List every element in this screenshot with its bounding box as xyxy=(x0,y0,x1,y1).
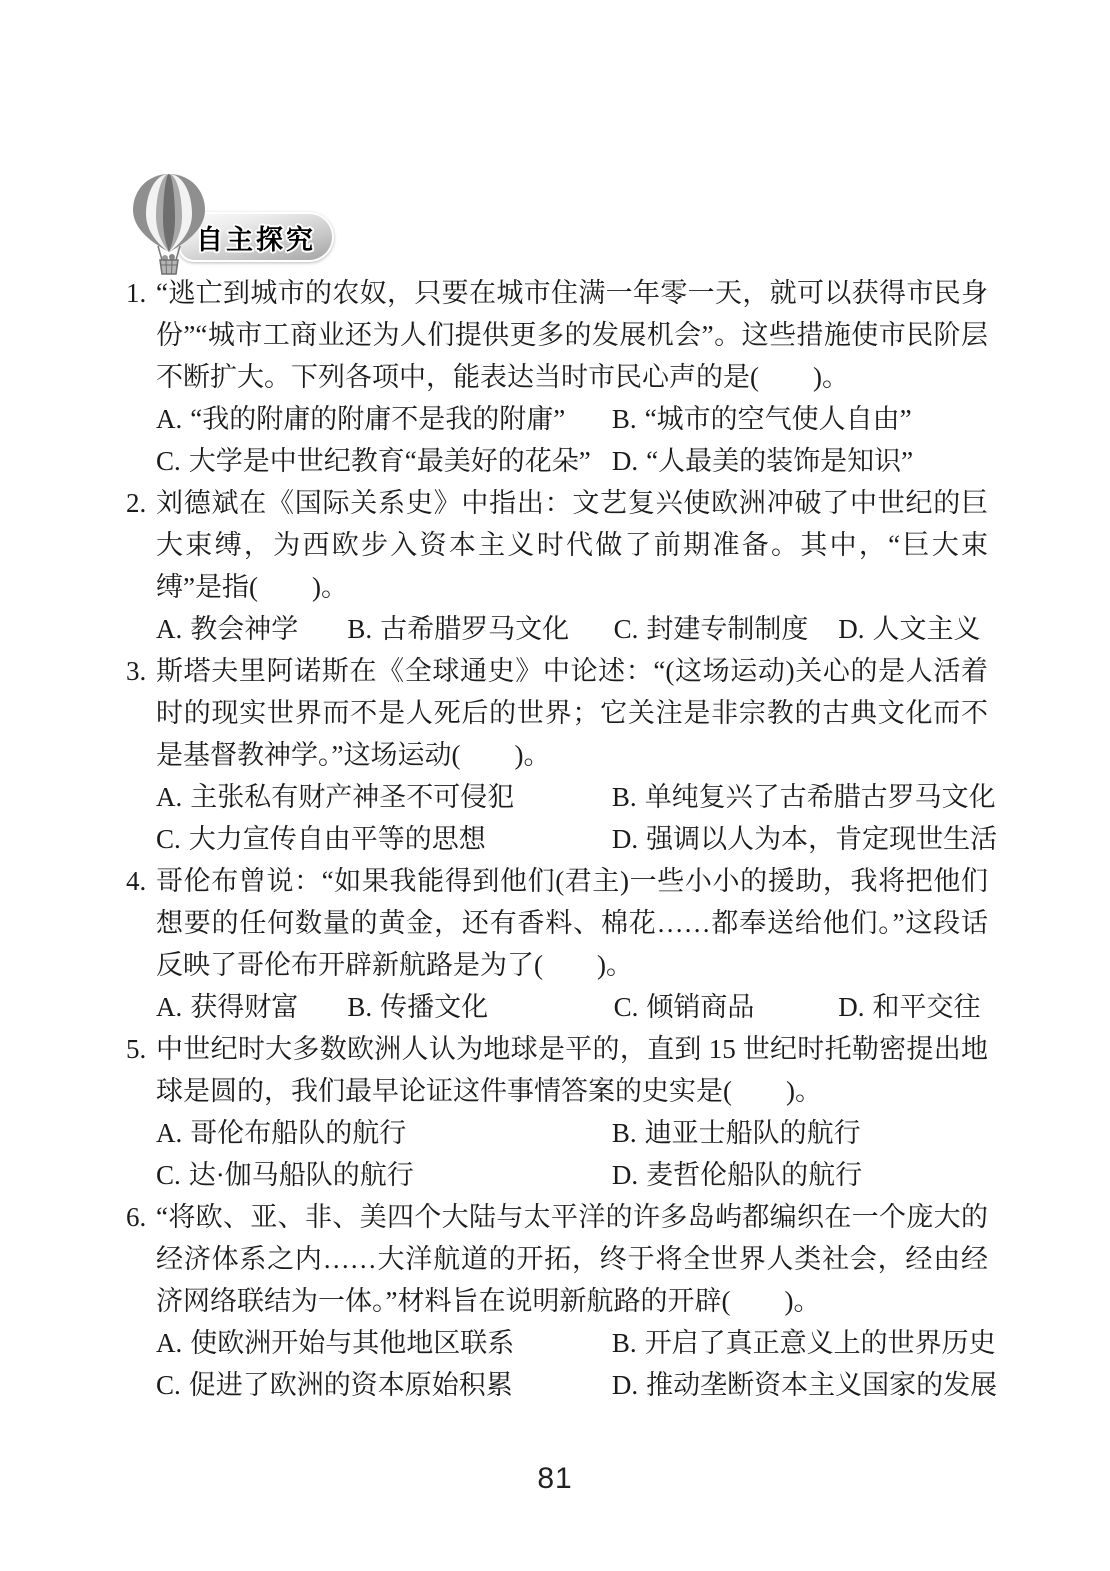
option-item: C.封建专制制度 xyxy=(614,608,839,650)
options-grid: A.教会神学 B.古希腊罗马文化 C.封建专制制度 D.人文主义 xyxy=(156,608,988,650)
option-text: “人最美的装饰是知识” xyxy=(646,446,913,476)
option-label: A. xyxy=(156,614,182,644)
option-label: D. xyxy=(612,1160,638,1190)
option-label: A. xyxy=(156,1118,182,1148)
option-label: D. xyxy=(838,992,864,1022)
option-text: “我的附庸的附庸不是我的附庸” xyxy=(190,404,565,434)
option-label: B. xyxy=(347,614,372,644)
option-label: C. xyxy=(156,1160,181,1190)
option-item: A.使欧洲开始与其他地区联系 xyxy=(156,1322,612,1364)
question-3: 3. 斯塔夫里阿诺斯在《全球通史》中论述：“(这场运动)关心的是人活着时的现实世… xyxy=(126,650,988,860)
option-item: B.单纯复兴了古希腊古罗马文化 xyxy=(612,776,988,818)
option-label: D. xyxy=(612,1370,638,1400)
option-item: B.开启了真正意义上的世界历史 xyxy=(612,1322,988,1364)
page-number: 81 xyxy=(0,1462,1110,1496)
question-5: 5. 中世纪时大多数欧洲人认为地球是平的，直到 15 世纪时托勒密提出地球是圆的… xyxy=(126,1028,988,1196)
option-item: C.大力宣传自由平等的思想 xyxy=(156,818,612,860)
option-item: A.获得财富 xyxy=(156,986,347,1028)
question-6: 6. “将欧、亚、非、美四个大陆与太平洋的许多岛屿都编织在一个庞大的经济体系之内… xyxy=(126,1196,988,1406)
option-label: B. xyxy=(612,782,637,812)
option-item: A.哥伦布船队的航行 xyxy=(156,1112,612,1154)
question-body: 哥伦布曾说：“如果我能得到他们(君主)一些小小的援助，我将把他们想要的任何数量的… xyxy=(156,860,988,1028)
option-text: 主张私有财产神圣不可侵犯 xyxy=(190,782,514,812)
option-item: B.传播文化 xyxy=(347,986,613,1028)
option-label: D. xyxy=(838,614,864,644)
option-text: 麦哲伦船队的航行 xyxy=(646,1160,862,1190)
question-body: “将欧、亚、非、美四个大陆与太平洋的许多岛屿都编织在一个庞大的经济体系之内……大… xyxy=(156,1196,988,1406)
question-stem: 刘德斌在《国际关系史》中指出：文艺复兴使欧洲冲破了中世纪的巨大束缚，为西欧步入资… xyxy=(156,482,988,608)
option-label: D. xyxy=(612,446,638,476)
options-grid: A.使欧洲开始与其他地区联系 B.开启了真正意义上的世界历史 C.促进了欧洲的资… xyxy=(156,1322,988,1406)
option-label: C. xyxy=(156,446,181,476)
question-stem: 中世纪时大多数欧洲人认为地球是平的，直到 15 世纪时托勒密提出地球是圆的，我们… xyxy=(156,1028,988,1112)
question-stem: 斯塔夫里阿诺斯在《全球通史》中论述：“(这场运动)关心的是人活着时的现实世界而不… xyxy=(156,650,988,776)
option-item: D.强调以人为本，肯定现世生活 xyxy=(612,818,988,860)
option-item: B.迪亚士船队的航行 xyxy=(612,1112,988,1154)
option-text: 迪亚士船队的航行 xyxy=(645,1118,861,1148)
option-label: B. xyxy=(612,1118,637,1148)
option-item: C.大学是中世纪教育“最美好的花朵” xyxy=(156,440,612,482)
option-text: 使欧洲开始与其他地区联系 xyxy=(190,1328,514,1358)
option-item: C.倾销商品 xyxy=(614,986,839,1028)
question-number: 1. xyxy=(126,272,156,314)
question-stem: “将欧、亚、非、美四个大陆与太平洋的许多岛屿都编织在一个庞大的经济体系之内……大… xyxy=(156,1196,988,1322)
option-text: 促进了欧洲的资本原始积累 xyxy=(189,1370,513,1400)
option-text: 开启了真正意义上的世界历史 xyxy=(645,1328,996,1358)
question-2: 2. 刘德斌在《国际关系史》中指出：文艺复兴使欧洲冲破了中世纪的巨大束缚，为西欧… xyxy=(126,482,988,650)
question-4: 4. 哥伦布曾说：“如果我能得到他们(君主)一些小小的援助，我将把他们想要的任何… xyxy=(126,860,988,1028)
option-text: 大力宣传自由平等的思想 xyxy=(189,824,486,854)
option-text: 和平交往 xyxy=(872,992,980,1022)
option-text: 倾销商品 xyxy=(646,992,754,1022)
option-label: A. xyxy=(156,782,182,812)
option-item: D.推动垄断资本主义国家的发展 xyxy=(612,1364,988,1406)
option-item: B.“城市的空气使人自由” xyxy=(612,398,988,440)
option-item: D.麦哲伦船队的航行 xyxy=(612,1154,988,1196)
question-number: 5. xyxy=(126,1028,156,1070)
question-stem: “逃亡到城市的农奴，只要在城市住满一年零一天，就可以获得市民身份”“城市工商业还… xyxy=(156,272,988,398)
section-badge-label: 自主探究 xyxy=(196,218,316,257)
options-grid: A.主张私有财产神圣不可侵犯 B.单纯复兴了古希腊古罗马文化 C.大力宣传自由平… xyxy=(156,776,988,860)
option-item: C.促进了欧洲的资本原始积累 xyxy=(156,1364,612,1406)
question-body: 刘德斌在《国际关系史》中指出：文艺复兴使欧洲冲破了中世纪的巨大束缚，为西欧步入资… xyxy=(156,482,988,650)
question-1: 1. “逃亡到城市的农奴，只要在城市住满一年零一天，就可以获得市民身份”“城市工… xyxy=(126,272,988,482)
options-grid: A.“我的附庸的附庸不是我的附庸” B.“城市的空气使人自由” C.大学是中世纪… xyxy=(156,398,988,482)
section-header: 自主探究 xyxy=(126,172,446,278)
question-stem: 哥伦布曾说：“如果我能得到他们(君主)一些小小的援助，我将把他们想要的任何数量的… xyxy=(156,860,988,986)
question-body: 中世纪时大多数欧洲人认为地球是平的，直到 15 世纪时托勒密提出地球是圆的，我们… xyxy=(156,1028,988,1196)
option-text: 封建专制制度 xyxy=(646,614,808,644)
option-item: B.古希腊罗马文化 xyxy=(347,608,613,650)
option-text: 教会神学 xyxy=(190,614,298,644)
option-item: C.达·伽马船队的航行 xyxy=(156,1154,612,1196)
option-text: 大学是中世纪教育“最美好的花朵” xyxy=(189,446,591,476)
options-grid: A.哥伦布船队的航行 B.迪亚士船队的航行 C.达·伽马船队的航行 D.麦哲伦船… xyxy=(156,1112,988,1196)
option-label: D. xyxy=(612,824,638,854)
questions-section: 1. “逃亡到城市的农奴，只要在城市住满一年零一天，就可以获得市民身份”“城市工… xyxy=(126,272,988,1406)
options-grid: A.获得财富 B.传播文化 C.倾销商品 D.和平交往 xyxy=(156,986,988,1028)
option-item: D.“人最美的装饰是知识” xyxy=(612,440,988,482)
option-text: 哥伦布船队的航行 xyxy=(190,1118,406,1148)
option-label: A. xyxy=(156,404,182,434)
option-label: A. xyxy=(156,1328,182,1358)
option-label: C. xyxy=(614,992,639,1022)
option-text: 获得财富 xyxy=(190,992,298,1022)
option-text: 传播文化 xyxy=(380,992,488,1022)
question-number: 2. xyxy=(126,482,156,524)
question-number: 6. xyxy=(126,1196,156,1238)
hot-air-balloon-icon xyxy=(126,172,212,276)
option-text: 古希腊罗马文化 xyxy=(380,614,569,644)
option-text: 达·伽马船队的航行 xyxy=(189,1160,414,1190)
option-item: D.和平交往 xyxy=(838,986,988,1028)
option-text: “城市的空气使人自由” xyxy=(645,404,912,434)
option-item: A.“我的附庸的附庸不是我的附庸” xyxy=(156,398,612,440)
option-text: 推动垄断资本主义国家的发展 xyxy=(646,1370,997,1400)
option-label: B. xyxy=(612,1328,637,1358)
option-text: 强调以人为本，肯定现世生活 xyxy=(646,824,997,854)
option-label: C. xyxy=(156,1370,181,1400)
option-item: D.人文主义 xyxy=(838,608,988,650)
option-text: 人文主义 xyxy=(872,614,980,644)
question-body: “逃亡到城市的农奴，只要在城市住满一年零一天，就可以获得市民身份”“城市工商业还… xyxy=(156,272,988,482)
option-item: A.教会神学 xyxy=(156,608,347,650)
option-label: B. xyxy=(612,404,637,434)
option-text: 单纯复兴了古希腊古罗马文化 xyxy=(645,782,996,812)
question-body: 斯塔夫里阿诺斯在《全球通史》中论述：“(这场运动)关心的是人活着时的现实世界而不… xyxy=(156,650,988,860)
option-label: C. xyxy=(614,614,639,644)
question-number: 4. xyxy=(126,860,156,902)
question-number: 3. xyxy=(126,650,156,692)
option-label: C. xyxy=(156,824,181,854)
option-item: A.主张私有财产神圣不可侵犯 xyxy=(156,776,612,818)
option-label: B. xyxy=(347,992,372,1022)
option-label: A. xyxy=(156,992,182,1022)
